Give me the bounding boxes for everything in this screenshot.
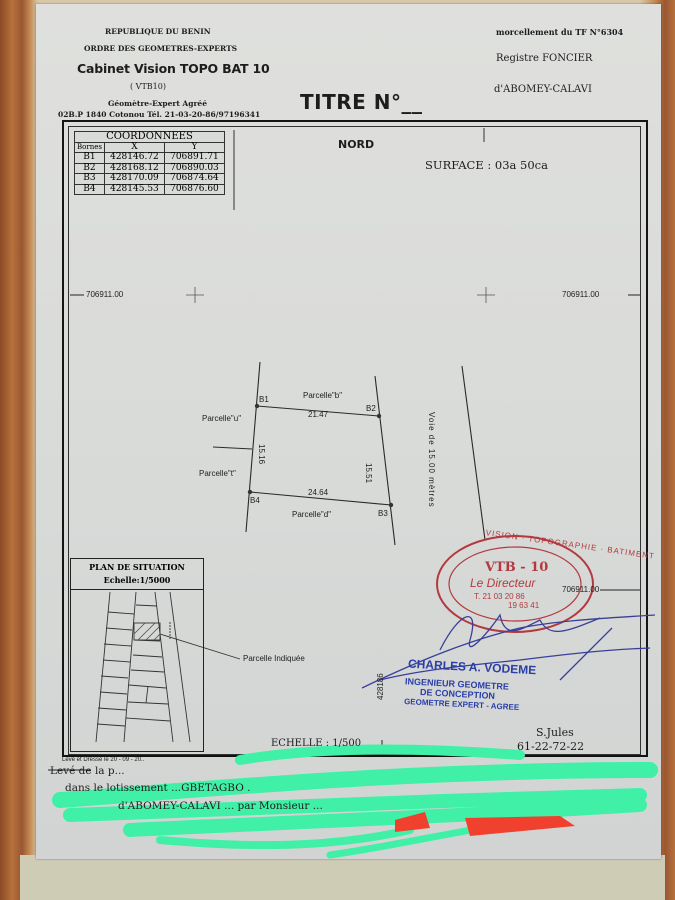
stamp-tel1: T. 21 03 20 86 xyxy=(474,592,525,601)
survey-date: Levé et Dressé le 20 - 09 - 20.. xyxy=(62,757,144,763)
footer-line1: Levé de la p... xyxy=(50,765,125,777)
borne-b3: B3 xyxy=(378,509,388,518)
footer-line2: dans le lotissement ...GBETAGBO . xyxy=(65,782,251,794)
neighbour-north: Parcelle"b" xyxy=(303,391,342,400)
draughtsman-phone: 61-22-72-22 xyxy=(517,740,584,753)
grid-y-label-right: 706911.00 xyxy=(562,290,599,299)
grid-y-label-right-lower: 706911.00 xyxy=(562,585,599,594)
stamp-code: VTB - 10 xyxy=(485,560,548,575)
road-label: Voie de 15.00 mètres xyxy=(427,412,436,508)
neighbour-west-lower: Parcelle"t" xyxy=(199,469,236,478)
situation-plan: PLAN DE SITUATION Echelle:1/5000 xyxy=(70,558,204,752)
stamp-role: Le Directeur xyxy=(470,576,535,590)
plan-scale: ECHELLE : 1/500 xyxy=(271,738,361,749)
borne-b4: B4 xyxy=(250,496,260,505)
parcel-pointer-label: Parcelle Indiquée xyxy=(243,654,305,663)
neighbour-south: Parcelle"d" xyxy=(292,510,331,519)
draughtsman-name: S.Jules xyxy=(536,726,574,739)
situation-scale: Echelle:1/5000 xyxy=(71,574,203,587)
footer-line3: d'ABOMEY-CALAVI ... par Monsieur ... xyxy=(118,800,323,812)
grid-cross-icon xyxy=(186,287,495,303)
situation-title: PLAN DE SITUATION xyxy=(71,561,203,574)
grid-x-label-bottom: 428186 xyxy=(376,673,385,700)
side-west-length: 15.16 xyxy=(257,444,266,464)
side-east-length: 15.51 xyxy=(364,463,373,483)
neighbour-west-upper: Parcelle"u" xyxy=(202,414,241,423)
stamp-tel2: 19 63 41 xyxy=(508,601,539,610)
borne-b2: B2 xyxy=(366,404,376,413)
borne-b1: B1 xyxy=(259,395,269,404)
side-north-length: 21.47 xyxy=(308,410,328,419)
grid-y-label-left: 706911.00 xyxy=(86,290,123,299)
situation-header: PLAN DE SITUATION Echelle:1/5000 xyxy=(71,559,203,590)
side-south-length: 24.64 xyxy=(308,488,328,497)
